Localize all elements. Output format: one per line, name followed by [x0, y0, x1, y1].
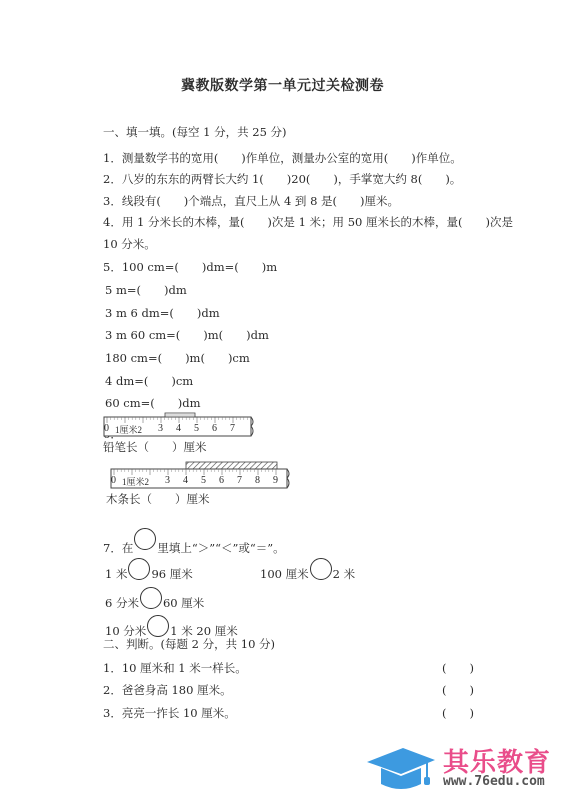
ruler-2-label: 5: [201, 475, 206, 486]
ruler-2-caption: 木条长（ ）厘米: [106, 492, 210, 506]
judge-answer-blank[interactable]: ( ): [442, 706, 474, 720]
ruler-1-label: 0: [104, 423, 109, 434]
question-5-line: 180 cm=( )m( )cm: [105, 351, 250, 365]
ruler-2-figure: 0 1厘米2 3 4 5 6 7 8 9: [110, 461, 300, 489]
compare-item: 10 分米1 米 20 厘米: [105, 615, 238, 638]
compare-left: 10 分米: [105, 624, 146, 638]
question-1: 1．测量数学书的宽用( )作单位，测量办公室的宽用( )作单位。: [103, 151, 462, 165]
judge-answer-blank[interactable]: ( ): [442, 683, 474, 697]
compare-right: 60 厘米: [163, 596, 204, 610]
ruler-1-caption: 铅笔长（ ）厘米: [103, 440, 207, 454]
compare-circle-input[interactable]: [310, 558, 332, 580]
compare-circle-input[interactable]: [140, 587, 162, 609]
ruler-2-label: 0: [111, 475, 116, 486]
logo-url: www.76edu.com: [443, 774, 545, 789]
compare-right: 2 米: [333, 567, 355, 581]
judge-item: 2．爸爸身高 180 厘米。: [103, 683, 232, 697]
compare-item: 100 厘米2 米: [260, 558, 355, 581]
question-7-prompt: 7．在里填上“＞”“＜”或“＝”。: [103, 528, 285, 555]
ruler-2-label: 6: [219, 475, 224, 486]
question-5-line: 60 cm=( )dm: [105, 396, 201, 410]
compare-item: 1 米96 厘米: [105, 558, 193, 581]
ruler-1-label: 1厘米2: [115, 423, 142, 436]
judge-answer-blank[interactable]: ( ): [442, 661, 474, 675]
question-7-prefix: 7．在: [103, 541, 133, 555]
question-5-line: 3 m 60 cm=( )m( )dm: [105, 328, 269, 342]
judge-item: 1．10 厘米和 1 米一样长。: [103, 661, 247, 675]
judge-item: 3．亮亮一拃长 10 厘米。: [103, 706, 236, 720]
page-title: 冀教版数学第一单元过关检测卷: [0, 75, 565, 95]
question-4a: 4．用 1 分米长的木棒，量( )次是 1 米；用 50 厘米长的木棒，量( )…: [103, 215, 513, 229]
question-5-line: 3 m 6 dm=( )dm: [105, 306, 220, 320]
question-3: 3．线段有( )个端点，直尺上从 4 到 8 是( )厘米。: [103, 194, 399, 208]
circle-icon: [134, 528, 156, 550]
question-5-line: 5．100 cm=( )dm=( )m: [103, 260, 277, 274]
graduation-cap-icon: [365, 744, 437, 794]
compare-circle-input[interactable]: [147, 615, 169, 637]
section2-heading: 二、判断。(每题 2 分，共 10 分): [103, 637, 275, 651]
ruler-1-label: 5: [194, 423, 199, 434]
ruler-2-label: 3: [165, 475, 170, 486]
question-7-suffix: 里填上“＞”“＜”或“＝”。: [157, 541, 284, 555]
compare-right: 96 厘米: [151, 567, 192, 581]
question-4b: 10 分米。: [103, 237, 156, 251]
ruler-1-label: 6: [212, 423, 217, 434]
ruler-1-figure: 0 1厘米2 3 4 5 6 7: [103, 412, 253, 437]
watermark-logo: 其乐教育 www.76edu.com: [365, 740, 565, 800]
compare-item: 6 分米60 厘米: [105, 587, 204, 610]
compare-left: 1 米: [105, 567, 127, 581]
ruler-2-label: 1厘米2: [122, 475, 149, 488]
ruler-1-label: 4: [176, 423, 181, 434]
ruler-2-label: 9: [273, 475, 278, 486]
question-2: 2．八岁的东东的两臂长大约 1( )20( )，手掌宽大约 8( )。: [103, 172, 461, 186]
question-5-line: 5 m=( )dm: [105, 283, 187, 297]
compare-left: 100 厘米: [260, 567, 309, 581]
question-5-line: 4 dm=( )cm: [105, 374, 193, 388]
ruler-2-label: 7: [237, 475, 242, 486]
compare-right: 1 米 20 厘米: [170, 624, 237, 638]
section1-heading: 一、填一填。(每空 1 分，共 25 分): [103, 125, 287, 139]
compare-left: 6 分米: [105, 596, 139, 610]
ruler-1-label: 7: [230, 423, 235, 434]
ruler-1-label: 3: [158, 423, 163, 434]
ruler-2-label: 8: [255, 475, 260, 486]
ruler-2-label: 4: [183, 475, 188, 486]
compare-circle-input[interactable]: [128, 558, 150, 580]
